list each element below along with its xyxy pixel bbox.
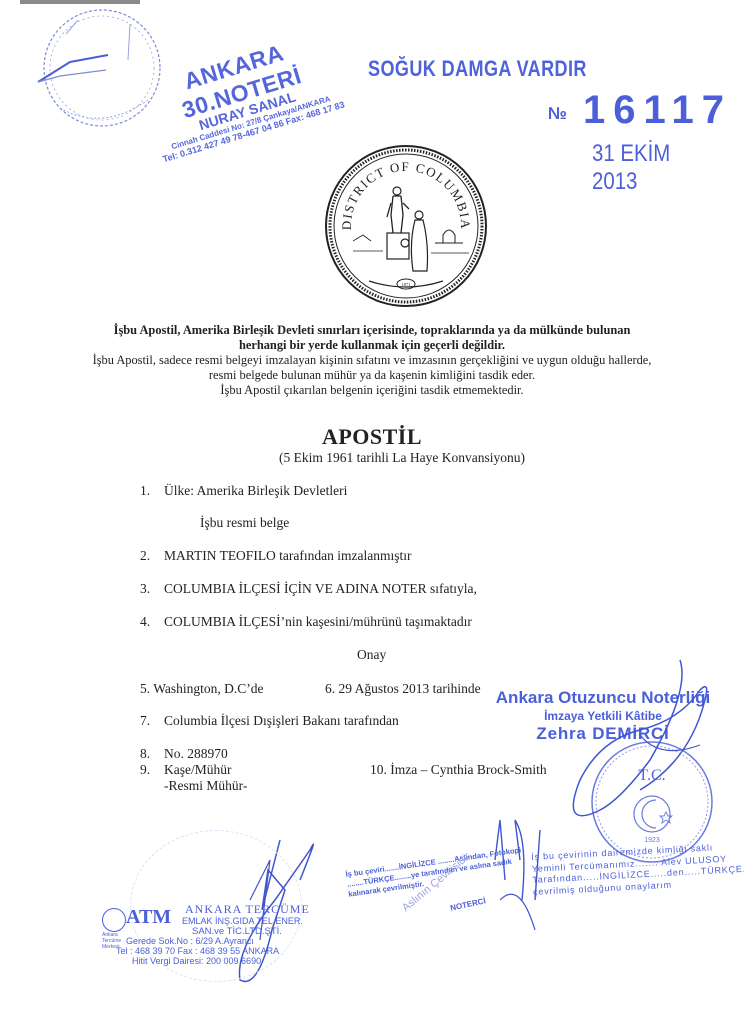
- document-subtitle: (5 Ekim 1961 tarihli La Haye Konvansiyon…: [0, 450, 744, 466]
- clerk-title: İmzaya Yetkili Kâtibe: [488, 709, 718, 723]
- validity-notice: İşbu Apostil, Amerika Birleşik Devleti s…: [0, 323, 744, 353]
- item-authority: 7.Columbia İlçesi Dışişleri Bakanı taraf…: [140, 713, 399, 729]
- item-signature: 10. İmza – Cynthia Brock-Smith: [370, 762, 547, 778]
- item-seal: 4.COLUMBIA İLÇESİ’nin kaşesini/mührünü t…: [140, 614, 472, 630]
- svg-text:1923: 1923: [644, 837, 660, 844]
- item-official-seal: -Resmi Mühür-: [164, 778, 247, 794]
- item-stamp: 9.Kaşe/Mühür: [140, 762, 232, 778]
- number-label: №: [548, 104, 567, 124]
- item-place: 5. Washington, D.C’de: [140, 681, 264, 697]
- document-title: APOSTİL: [0, 424, 744, 450]
- notice-line: İşbu Apostil çıkarılan belgenin içeriğin…: [0, 383, 744, 398]
- item-number: 8.No. 288970: [140, 746, 228, 762]
- item-capacity: 3.COLUMBIA İLÇESİ İÇİN VE ADINA NOTER sı…: [140, 581, 477, 597]
- photocopy-note: İş bu çeviri.......İNGİLİZCE ........Asl…: [345, 845, 525, 899]
- atm-logo-text: ATM: [126, 906, 171, 929]
- atm-company-name: ANKARA TERCÜME: [185, 902, 310, 917]
- clerk-office: Ankara Otuzuncu Noterliği: [488, 688, 718, 708]
- clerk-stamp: Ankara Otuzuncu Noterliği İmzaya Yetkili…: [488, 688, 718, 744]
- stamp-number: 16117: [583, 88, 732, 133]
- item-date: 6. 29 Ağustos 2013 tarihinde: [325, 681, 481, 697]
- notice-line: herhangi bir yerde kullanmak için geçerl…: [0, 338, 744, 353]
- item-country: 1.Ülke: Amerika Birleşik Devletleri: [140, 483, 347, 499]
- notice-line: resmi belgede bulunan mühür ya da kaşeni…: [0, 368, 744, 383]
- notice-line: İşbu Apostil, Amerika Birleşik Devleti s…: [0, 323, 744, 338]
- stamp-date: 31 EKİM 2013: [592, 140, 721, 196]
- svg-text:DISTRICT OF COLUMBIA: DISTRICT OF COLUMBIA: [339, 159, 473, 230]
- globe-logo-icon: [102, 908, 126, 932]
- certified-heading: Onay: [357, 647, 386, 663]
- item-signed-by: 2.MARTIN TEOFILO tarafından imzalanmıştı…: [140, 548, 412, 564]
- notary-label: NOTERCİ: [449, 896, 486, 912]
- cold-stamp-text: SOĞUK DAMGA VARDIR: [368, 56, 587, 82]
- district-of-columbia-seal-icon: DISTRICT OF COLUMBIA 1871: [323, 143, 489, 309]
- translator-certification: İş bu çevirinin dairemizde kimliği saklı…: [531, 840, 744, 898]
- scope-notice: İşbu Apostil, sadece resmi belgeyi imzal…: [0, 353, 744, 398]
- svg-text:1871: 1871: [402, 282, 411, 287]
- notice-line: İşbu Apostil, sadece resmi belgeyi imzal…: [0, 353, 744, 368]
- svg-text:T.C.: T.C.: [638, 767, 665, 784]
- item-document: İşbu resmi belge: [200, 515, 289, 531]
